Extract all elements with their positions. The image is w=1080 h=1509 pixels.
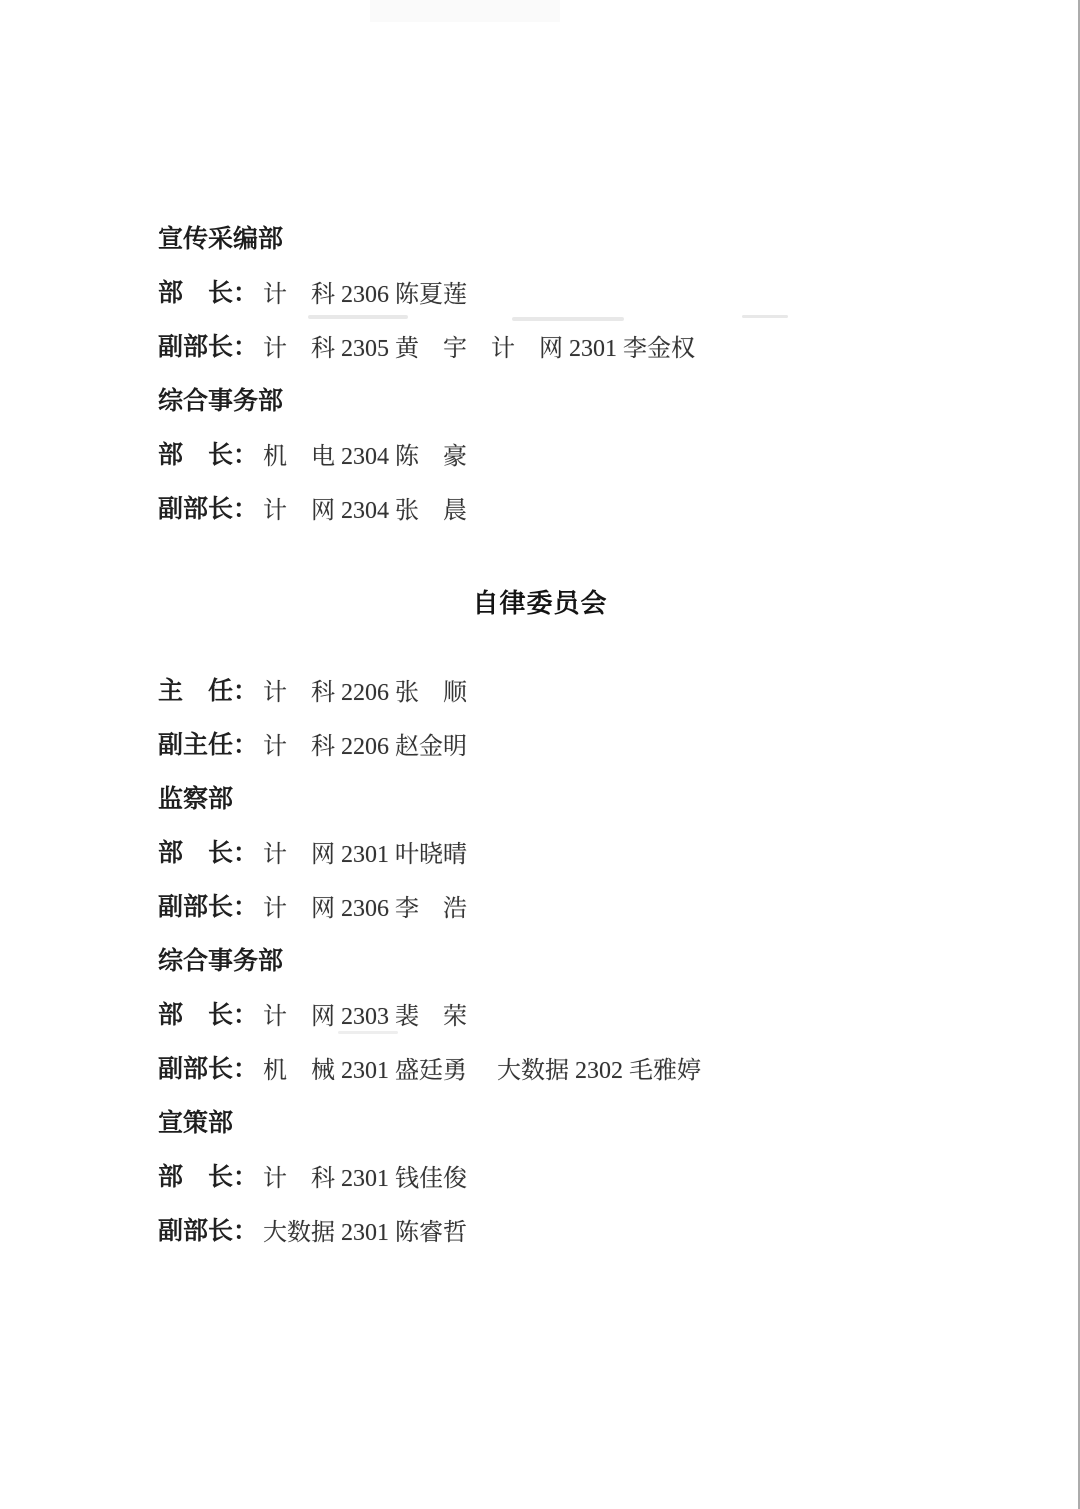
member-row: 副部长：计 网 2304 张 晨 <box>0 480 1080 534</box>
role-label: 副部长： <box>158 1049 258 1085</box>
member-row: 副部长：计 科 2305 黄 宇 计 网 2301 李金权 <box>0 318 1080 372</box>
dept-heading: 宣策部 <box>0 1094 1080 1148</box>
role-label: 副部长： <box>158 489 258 525</box>
role-label: 部 长： <box>158 1157 258 1193</box>
role-label: 部 长： <box>158 995 258 1031</box>
member-row: 部 长：计 网 2301 叶晓晴 <box>0 824 1080 878</box>
committee-title: 自律委员会 <box>0 574 1080 628</box>
members-text: 计 科 2301 钱佳俊 <box>263 1158 467 1193</box>
members-text: 计 科 2206 张 顺 <box>263 672 467 707</box>
members-text: 大数据 2301 陈睿哲 <box>263 1212 467 1247</box>
member-row: 部 长：计 科 2301 钱佳俊 <box>0 1148 1080 1202</box>
role-label: 部 长： <box>158 435 258 471</box>
member-row: 副部长：机 械 2301 盛廷勇 大数据 2302 毛雅婷 <box>0 1040 1080 1094</box>
members-text: 机 电 2304 陈 豪 <box>263 436 467 471</box>
role-label: 副部长： <box>158 887 258 923</box>
members-text: 计 网 2303 裴 荣 <box>263 996 467 1031</box>
members-text: 机 械 2301 盛廷勇 大数据 2302 毛雅婷 <box>263 1050 701 1085</box>
members-text: 计 网 2306 李 浩 <box>263 888 467 923</box>
members-text: 计 科 2305 黄 宇 计 网 2301 李金权 <box>263 328 695 363</box>
members-text: 计 科 2306 陈夏莲 <box>263 274 467 309</box>
members-text: 计 网 2301 叶晓晴 <box>263 834 467 869</box>
member-row: 主 任：计 科 2206 张 顺 <box>0 662 1080 716</box>
role-label: 副主任： <box>158 725 258 761</box>
dept-heading: 综合事务部 <box>0 932 1080 986</box>
role-label: 副部长： <box>158 327 258 363</box>
document-lines: 宣传采编部部 长：计 科 2306 陈夏莲副部长：计 科 2305 黄 宇 计 … <box>0 0 1080 1509</box>
members-text: 计 科 2206 赵金明 <box>263 726 467 761</box>
role-label: 部 长： <box>158 273 258 309</box>
dept-heading: 监察部 <box>0 770 1080 824</box>
member-row: 部 长：计 科 2306 陈夏莲 <box>0 264 1080 318</box>
role-label: 副部长： <box>158 1211 258 1247</box>
member-row: 部 长：计 网 2303 裴 荣 <box>0 986 1080 1040</box>
role-label: 主 任： <box>158 671 258 707</box>
member-row: 副主任：计 科 2206 赵金明 <box>0 716 1080 770</box>
members-text: 计 网 2304 张 晨 <box>263 490 467 525</box>
scanned-document-page: 宣传采编部部 长：计 科 2306 陈夏莲副部长：计 科 2305 黄 宇 计 … <box>0 0 1080 1509</box>
member-row: 副部长：大数据 2301 陈睿哲 <box>0 1202 1080 1256</box>
member-row: 部 长：机 电 2304 陈 豪 <box>0 426 1080 480</box>
dept-heading: 综合事务部 <box>0 372 1080 426</box>
dept-heading: 宣传采编部 <box>0 210 1080 264</box>
role-label: 部 长： <box>158 833 258 869</box>
member-row: 副部长：计 网 2306 李 浩 <box>0 878 1080 932</box>
